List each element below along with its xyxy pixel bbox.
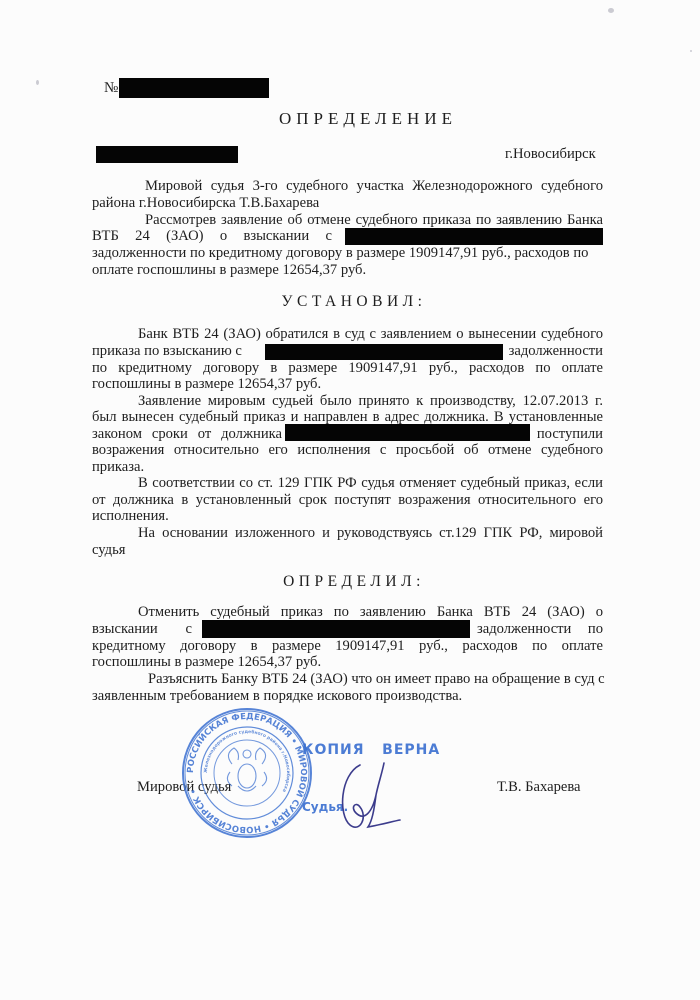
established-line: задолженности bbox=[507, 343, 603, 360]
scan-speck bbox=[690, 50, 692, 52]
established-line: судья bbox=[92, 542, 603, 559]
redacted-debtor-name bbox=[265, 344, 503, 360]
established-line: возражения относительно его исполнения с… bbox=[92, 442, 603, 459]
established-line: исполнения. bbox=[92, 508, 603, 525]
intro-line: Рассмотрев заявление об отмене судебного… bbox=[145, 212, 603, 229]
intro-line: задолженности по кредитному договору в р… bbox=[92, 245, 603, 262]
intro-line: ВТБ 24 (ЗАО) о взыскании с bbox=[92, 228, 332, 245]
redacted-debtor-name bbox=[345, 228, 603, 245]
redacted-date bbox=[96, 146, 238, 163]
established-line: поступили bbox=[535, 426, 603, 443]
established-line: Заявление мировым судьей было принято к … bbox=[138, 393, 603, 410]
signature-icon bbox=[320, 755, 410, 835]
established-line: госпошлины в размере 12654,37 руб. bbox=[92, 376, 603, 393]
established-line: от должника в установленный срок поступя… bbox=[92, 492, 603, 509]
city: г.Новосибирск bbox=[505, 146, 596, 163]
section-heading-established: УСТАНОВИЛ: bbox=[4, 293, 700, 311]
established-line: В соответствии со ст. 129 ГПК РФ судья о… bbox=[138, 475, 603, 492]
decided-line: госпошлины в размере 12654,37 руб. bbox=[92, 654, 603, 671]
established-line: законом сроки от должника bbox=[92, 426, 282, 443]
decided-line: Разъяснить Банку ВТБ 24 (ЗАО) что он име… bbox=[148, 671, 603, 688]
redacted-document-number bbox=[119, 78, 269, 98]
established-line: приказа. bbox=[92, 459, 603, 476]
intro-line: района г.Новосибирска Т.В.Бахарева bbox=[92, 195, 603, 212]
established-line: Банк ВТБ 24 (ЗАО) обратился в суд с заяв… bbox=[138, 326, 603, 343]
scan-speck bbox=[36, 80, 39, 85]
section-heading-decided: ОПРЕДЕЛИЛ: bbox=[4, 573, 700, 591]
established-line: по кредитному договору в размере 1909147… bbox=[92, 360, 603, 377]
redacted-debtor-name bbox=[202, 620, 470, 638]
decided-line: Отменить судебный приказ по заявлению Ба… bbox=[138, 604, 603, 621]
intro-line: Мировой судья 3-го судебного участка Жел… bbox=[145, 178, 603, 195]
established-line: На основании изложенного и руководствуяс… bbox=[138, 525, 603, 542]
signature-name: Т.В. Бахарева bbox=[497, 779, 581, 796]
document-page: № ОПРЕДЕЛЕНИЕ г.Новосибирск Мировой судь… bbox=[0, 0, 700, 1000]
intro-line: оплате госпошлины в размере 12654,37 руб… bbox=[92, 262, 603, 279]
document-title: ОПРЕДЕЛЕНИЕ bbox=[18, 109, 700, 129]
decided-line: взыскании с bbox=[92, 621, 192, 638]
decided-line: заявленным требованием в порядке исковог… bbox=[92, 688, 603, 705]
document-number-prefix: № bbox=[104, 80, 118, 97]
scan-speck bbox=[608, 8, 614, 13]
redacted-debtor-name bbox=[285, 424, 530, 441]
official-seal-icon: РОССИЙСКАЯ ФЕДЕРАЦИЯ • МИРОВОЙ СУДЬЯ • Н… bbox=[180, 706, 314, 840]
decided-line: кредитному договору в размере 1909147,91… bbox=[92, 638, 603, 655]
decided-line: задолженности по bbox=[477, 621, 603, 638]
